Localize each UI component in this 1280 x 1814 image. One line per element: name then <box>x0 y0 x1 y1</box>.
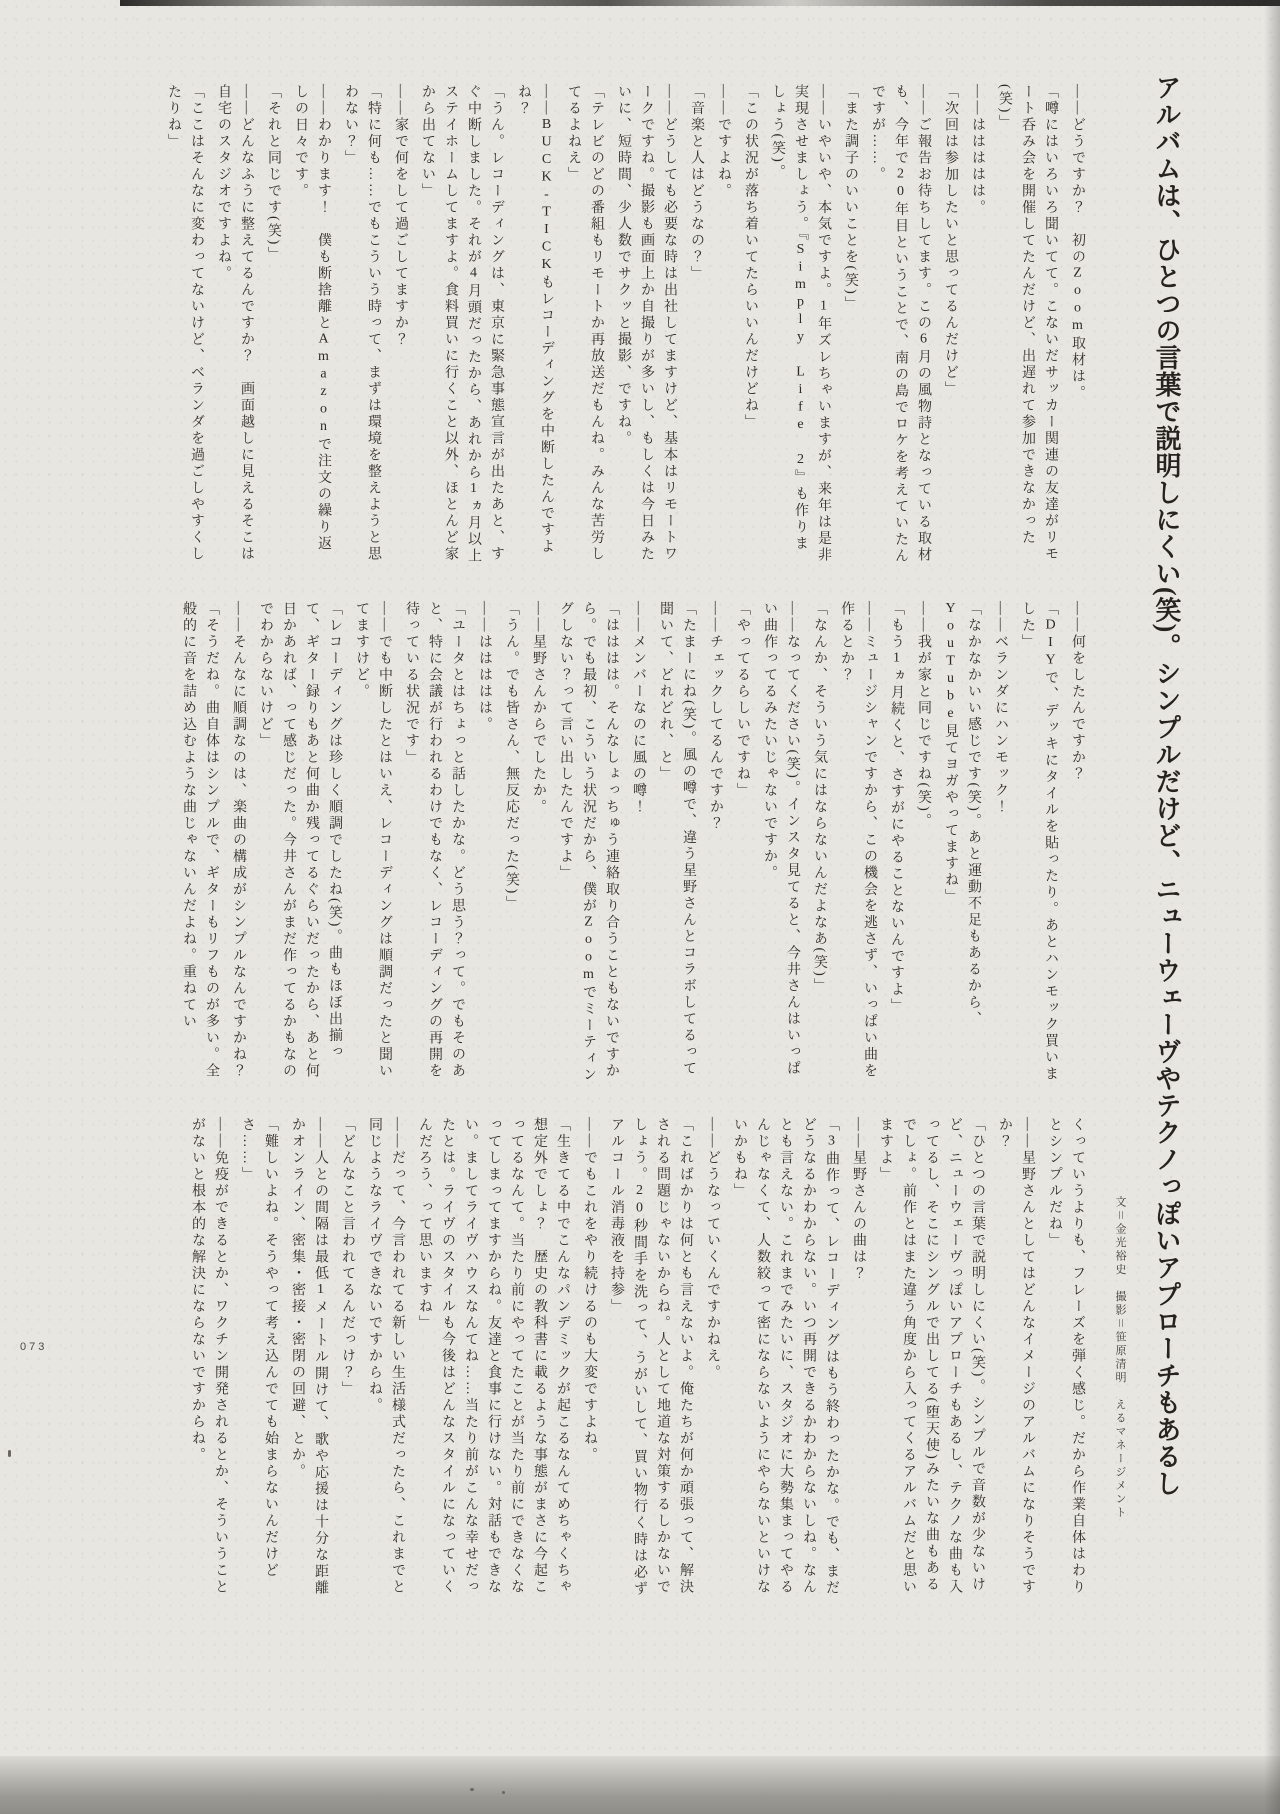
interviewer-line: ——どんなふうに整えてるんですか？ 画面越しに見えるそこは自宅のスタジオですよね… <box>212 84 258 568</box>
interview-band-3: くっていうよりも、フレーズを弾く感じ。だから作業自体はわりとシンプルだね」——星… <box>84 1117 1089 1601</box>
interviewer-line: ——ミュージシャンですから、この機会を逃さず、いっぱい曲を作るとか？ <box>835 601 881 1087</box>
artist-line: 「ひとつの言葉で説明しにくい(笑)。シンプルで音数が少ないけど、ニューウェーヴっ… <box>874 1117 989 1601</box>
interviewer-line: ——家で何をして過ごしてますか？ <box>389 84 412 568</box>
interviewer-line: ——どうですか？ 初のZoom取材は。 <box>1066 84 1089 568</box>
artist-line: 「音楽と人はどうなの？」 <box>685 84 708 568</box>
artist-line: 「それと同じです(笑)」 <box>262 84 285 568</box>
artist-line: 「噂にはいろいろ聞いてて。こないだサッカー関連の友達がリモート呑み会を開催してた… <box>993 84 1062 568</box>
artist-line: 「どんなこと言われてるんだっけ？」 <box>336 1117 359 1601</box>
artist-line: 「難しいよね。そうやって考え込んでても始まらないんだけどさ……」 <box>236 1117 282 1601</box>
page-number: 073 <box>20 1341 47 1353</box>
interviewer-line: ——我が家と同じですね(笑)。 <box>912 601 935 1087</box>
artist-line: 「ユータとはちょっと話したかな。どう思う？って。でもそのあと、特に会議が行われる… <box>400 601 469 1087</box>
interviewer-line: ——ですよね。 <box>712 84 735 568</box>
artist-line: 「そうだね。曲自体はシンプルで、ギターもリフものが多い。全般的に音を詰め込むよう… <box>177 601 223 1087</box>
artist-line: 「うん。でも皆さん、無反応だった(笑)」 <box>500 601 523 1087</box>
interviewer-line: ——チェックしてるんですか？ <box>704 601 727 1087</box>
interviewer-line: ——だって、今言われてる新しい生活様式だったら、これまでと同じようなライヴできな… <box>363 1117 409 1601</box>
scan-speck <box>470 1788 474 1791</box>
artist-line: 「また調子のいいことを(笑)」 <box>839 84 862 568</box>
artist-line: 「レコーディングは珍しく順調でしたね(笑)。曲もほぼ出揃って、ギター録りもあと何… <box>254 601 346 1087</box>
interviewer-line: ——どうしても必要な時は出社してますけど、基本はリモートワークですね。撮影も画面… <box>612 84 681 568</box>
credit-byline: 文＝金光裕史 撮影＝笹原清明 えるマネージメント <box>1112 1196 1128 1756</box>
interview-band-1: ——どうですか？ 初のZoom取材は。「噂にはいろいろ聞いてて。こないだサッカー… <box>84 84 1089 568</box>
interviewer-line: ——星野さんとしてはどんなイメージのアルバムになりそうですか？ <box>993 1117 1039 1601</box>
magazine-page: アルバムは、ひとつの言葉で説明しにくい(笑)。シンプルだけど、ニューウェーヴやテ… <box>0 0 1280 1814</box>
interviewer-line: ——ご報告お待ちしてます。この6月の風物詩となっている取材も、今年で20年目とい… <box>866 84 935 568</box>
interviewer-line: ——ははははは。 <box>473 601 496 1087</box>
interviewer-line: ——わかります！ 僕も断捨離とAmazonで注文の繰り返しの日々です。 <box>289 84 335 568</box>
interview-band-2: ——何をしたんですか？「DIYで、デッキにタイルを貼ったり。あとハンモック買いま… <box>84 601 1089 1087</box>
scan-artifact-right-edge <box>1264 0 1280 1814</box>
artist-line: 「もう1ヵ月続くと、さすがにやることないんですよ」 <box>885 601 908 1087</box>
interviewer-line: ——どうなっていくんですかねえ。 <box>701 1117 724 1601</box>
artist-line: くっていうよりも、フレーズを弾く感じ。だから作業自体はわりとシンプルだね」 <box>1043 1117 1089 1601</box>
artist-line: 「なんか、そういう気にはならないんだよなあ(笑)」 <box>808 601 831 1087</box>
artist-line: 「この状況が落ち着いてたらいいんだけどね」 <box>739 84 762 568</box>
interviewer-line: ——いやいや、本気ですよ。1年ズレちゃいますが、来年は是非実現させましょう。『S… <box>766 84 835 568</box>
artist-line: 「DIYで、デッキにタイルを貼ったり。あとハンモック買いました」 <box>1016 601 1062 1087</box>
artist-line: 「ここはそんなに変わってないけど、ベランダを過ごしやすくしたりね」 <box>162 84 208 568</box>
headline: アルバムは、ひとつの言葉で説明しにくい(笑)。シンプルだけど、ニューウェーヴやテ… <box>1150 74 1183 1554</box>
artist-line: 「テレビのどの番組もリモートか再放送だもんね。みんな苦労してるよねえ」 <box>562 84 608 568</box>
interviewer-line: ——でも中断したとはいえ、レコーディングは順調だったと聞いてますけど。 <box>350 601 396 1087</box>
scan-speck <box>502 1791 505 1794</box>
interviewer-line: ——ベランダにハンモック！ <box>989 601 1012 1087</box>
artist-line: 「3曲作って、レコーディングはもう終わったかな。でも、まだどうなるかわからない。… <box>728 1117 843 1601</box>
artist-line: 「特に何も……でもこういう時って、まずは環境を整えようと思わない？」 <box>339 84 385 568</box>
scan-artifact-top-edge <box>120 0 1280 6</box>
artist-line: 「うん。レコーディングは、東京に緊急事態宣言が出たあと、すぐ中断しました。それが… <box>416 84 508 568</box>
interviewer-line: ——人との間隔は最低1メートル開けて、歌や応援は十分な距離かオンライン、密集・密… <box>286 1117 332 1601</box>
artist-line: 「たまーにね(笑)。風の噂で、違う星野さんとコラボしてるって聞いて、どれどれ、と… <box>654 601 700 1087</box>
interviewer-line: ——ははははは。 <box>966 84 989 568</box>
interviewer-line: ——でもこれをやり続けるのも大変ですよね。 <box>578 1117 601 1601</box>
scan-speck <box>8 1450 11 1457</box>
artist-line: 「生きてる中でこんなパンデミックが起こるなんてめちゃくちゃ想定外でしょ？ 歴史の… <box>413 1117 574 1601</box>
interviewer-line: ——なってください(笑)。インスタ見てると、今井さんはいっぱい曲作ってるみたいじ… <box>758 601 804 1087</box>
artist-line: 「次回は参加したいと思ってるんだけど」 <box>939 84 962 568</box>
interviewer-line: ——メンバーなのに風の噂！ <box>627 601 650 1087</box>
artist-line: 「はははは。そんなしょっちゅう連絡取り合うこともないですから。でも最初、こういう… <box>554 601 623 1087</box>
interviewer-line: ——何をしたんですか？ <box>1066 601 1089 1087</box>
artist-line: 「やってるらしいですね」 <box>731 601 754 1087</box>
artist-line: 「こればかりは何とも言えないよ。俺たちが何か頑張って、解決される問題じゃないから… <box>605 1117 697 1601</box>
scan-artifact-bottom-edge <box>0 1756 1280 1814</box>
interviewer-line: ——星野さんの曲は？ <box>847 1117 870 1601</box>
interviewer-line: ——BUCK-TICKもレコーディングを中断したんですよね？ <box>512 84 558 568</box>
interviewer-line: ——そんなに順調なのは、楽曲の構成がシンプルなんですかね？ <box>227 601 250 1087</box>
interviewer-line: ——免疫ができるとか、ワクチン開発されるとか、そういうことがないと根本的な解決に… <box>186 1117 232 1601</box>
artist-line: 「なかなかいい感じです(笑)。あと運動不足もあるから、YouTube見てヨガやっ… <box>939 601 985 1087</box>
interviewer-line: ——星野さんからでしたか。 <box>527 601 550 1087</box>
